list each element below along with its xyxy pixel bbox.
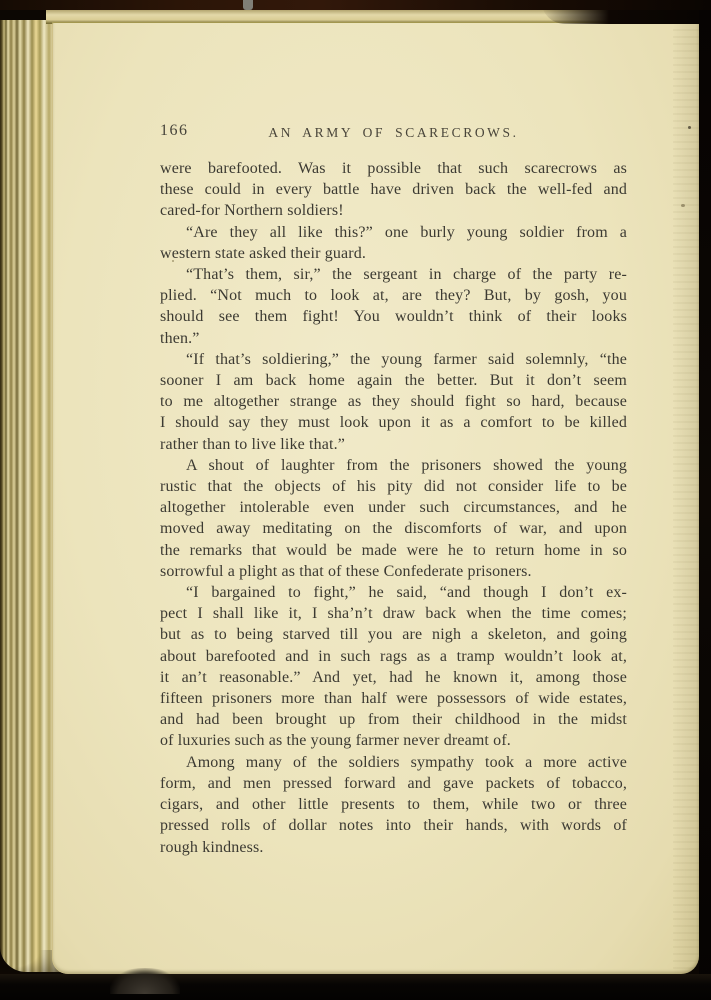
paragraph: were barefooted. Was it possible that su… — [160, 158, 627, 222]
photo-frame-bottom — [0, 974, 711, 1000]
text-line: should see them fight! You wouldn’t thin… — [160, 306, 627, 327]
text-line: western state asked their guard. — [160, 243, 627, 264]
text-line: “That’s them, sir,” the sergeant in char… — [160, 264, 627, 285]
book-photo: 166 AN ARMY OF SCARECROWS. were barefoot… — [0, 0, 711, 1000]
text-line: altogether intolerable even under such c… — [160, 497, 627, 518]
paragraph: Among many of the soldiers sympathy took… — [160, 752, 627, 858]
page-right-edge-shading — [673, 22, 699, 974]
paragraph: “Are they all like this?” one burly youn… — [160, 222, 627, 264]
text-line: but as to being starved till you are nig… — [160, 624, 627, 645]
text-line: fifteen prisoners more than half were po… — [160, 688, 627, 709]
binding-shadow — [110, 968, 180, 994]
body-text: were barefooted. Was it possible that su… — [160, 158, 627, 858]
text-line: “If that’s soldiering,” the young farmer… — [160, 349, 627, 370]
text-line: about barefooted and in such rags as a t… — [160, 646, 627, 667]
text-line: rather than to live like that.” — [160, 434, 627, 455]
paper-speck — [681, 204, 685, 207]
text-line: pressed rolls of dollar notes into their… — [160, 815, 627, 836]
text-line: form, and men pressed forward and gave p… — [160, 773, 627, 794]
frame-notch — [243, 0, 253, 10]
text-line: sorrowful a plight as that of these Conf… — [160, 561, 627, 582]
paragraph: “If that’s soldiering,” the young farmer… — [160, 349, 627, 455]
book-page: 166 AN ARMY OF SCARECROWS. were barefoot… — [52, 22, 699, 974]
text-line: and had been brought up from their child… — [160, 709, 627, 730]
photo-frame-right — [699, 0, 711, 1000]
page-stack-edges — [0, 20, 60, 972]
text-line: were barefooted. Was it possible that su… — [160, 158, 627, 179]
text-line: I should say they must look upon it as a… — [160, 412, 627, 433]
text-line: sooner I am back home again the better. … — [160, 370, 627, 391]
text-line: then.” — [160, 328, 627, 349]
text-line: rough kindness. — [160, 837, 627, 858]
paragraph: “I bargained to fight,” he said, “and th… — [160, 582, 627, 752]
text-line: cared-for Northern soldiers! — [160, 200, 627, 221]
text-line: it an’t reasonable.” And yet, had he kno… — [160, 667, 627, 688]
text-line: of luxuries such as the young farmer nev… — [160, 730, 627, 751]
text-line: A shout of laughter from the prisoners s… — [160, 455, 627, 476]
text-line: these could in every battle have driven … — [160, 179, 627, 200]
text-line: pect I shall like it, I sha’n’t draw bac… — [160, 603, 627, 624]
photo-frame-top — [0, 0, 711, 10]
text-line: rustic that the objects of his pity did … — [160, 476, 627, 497]
text-line: plied. “Not much to look at, are they? B… — [160, 285, 627, 306]
paper-speck — [688, 126, 691, 129]
text-line: the remarks that would be made were he t… — [160, 540, 627, 561]
text-line: to me altogether strange as they should … — [160, 391, 627, 412]
text-line: Among many of the soldiers sympathy took… — [160, 752, 627, 773]
paragraph: A shout of laughter from the prisoners s… — [160, 455, 627, 582]
paragraph: “That’s them, sir,” the sergeant in char… — [160, 264, 627, 349]
text-line: “I bargained to fight,” he said, “and th… — [160, 582, 627, 603]
running-header: AN ARMY OF SCARECROWS. — [160, 125, 627, 141]
text-line: moved away meditating on the discomforts… — [160, 518, 627, 539]
text-line: “Are they all like this?” one burly youn… — [160, 222, 627, 243]
text-line: cigars, and other little presents to the… — [160, 794, 627, 815]
